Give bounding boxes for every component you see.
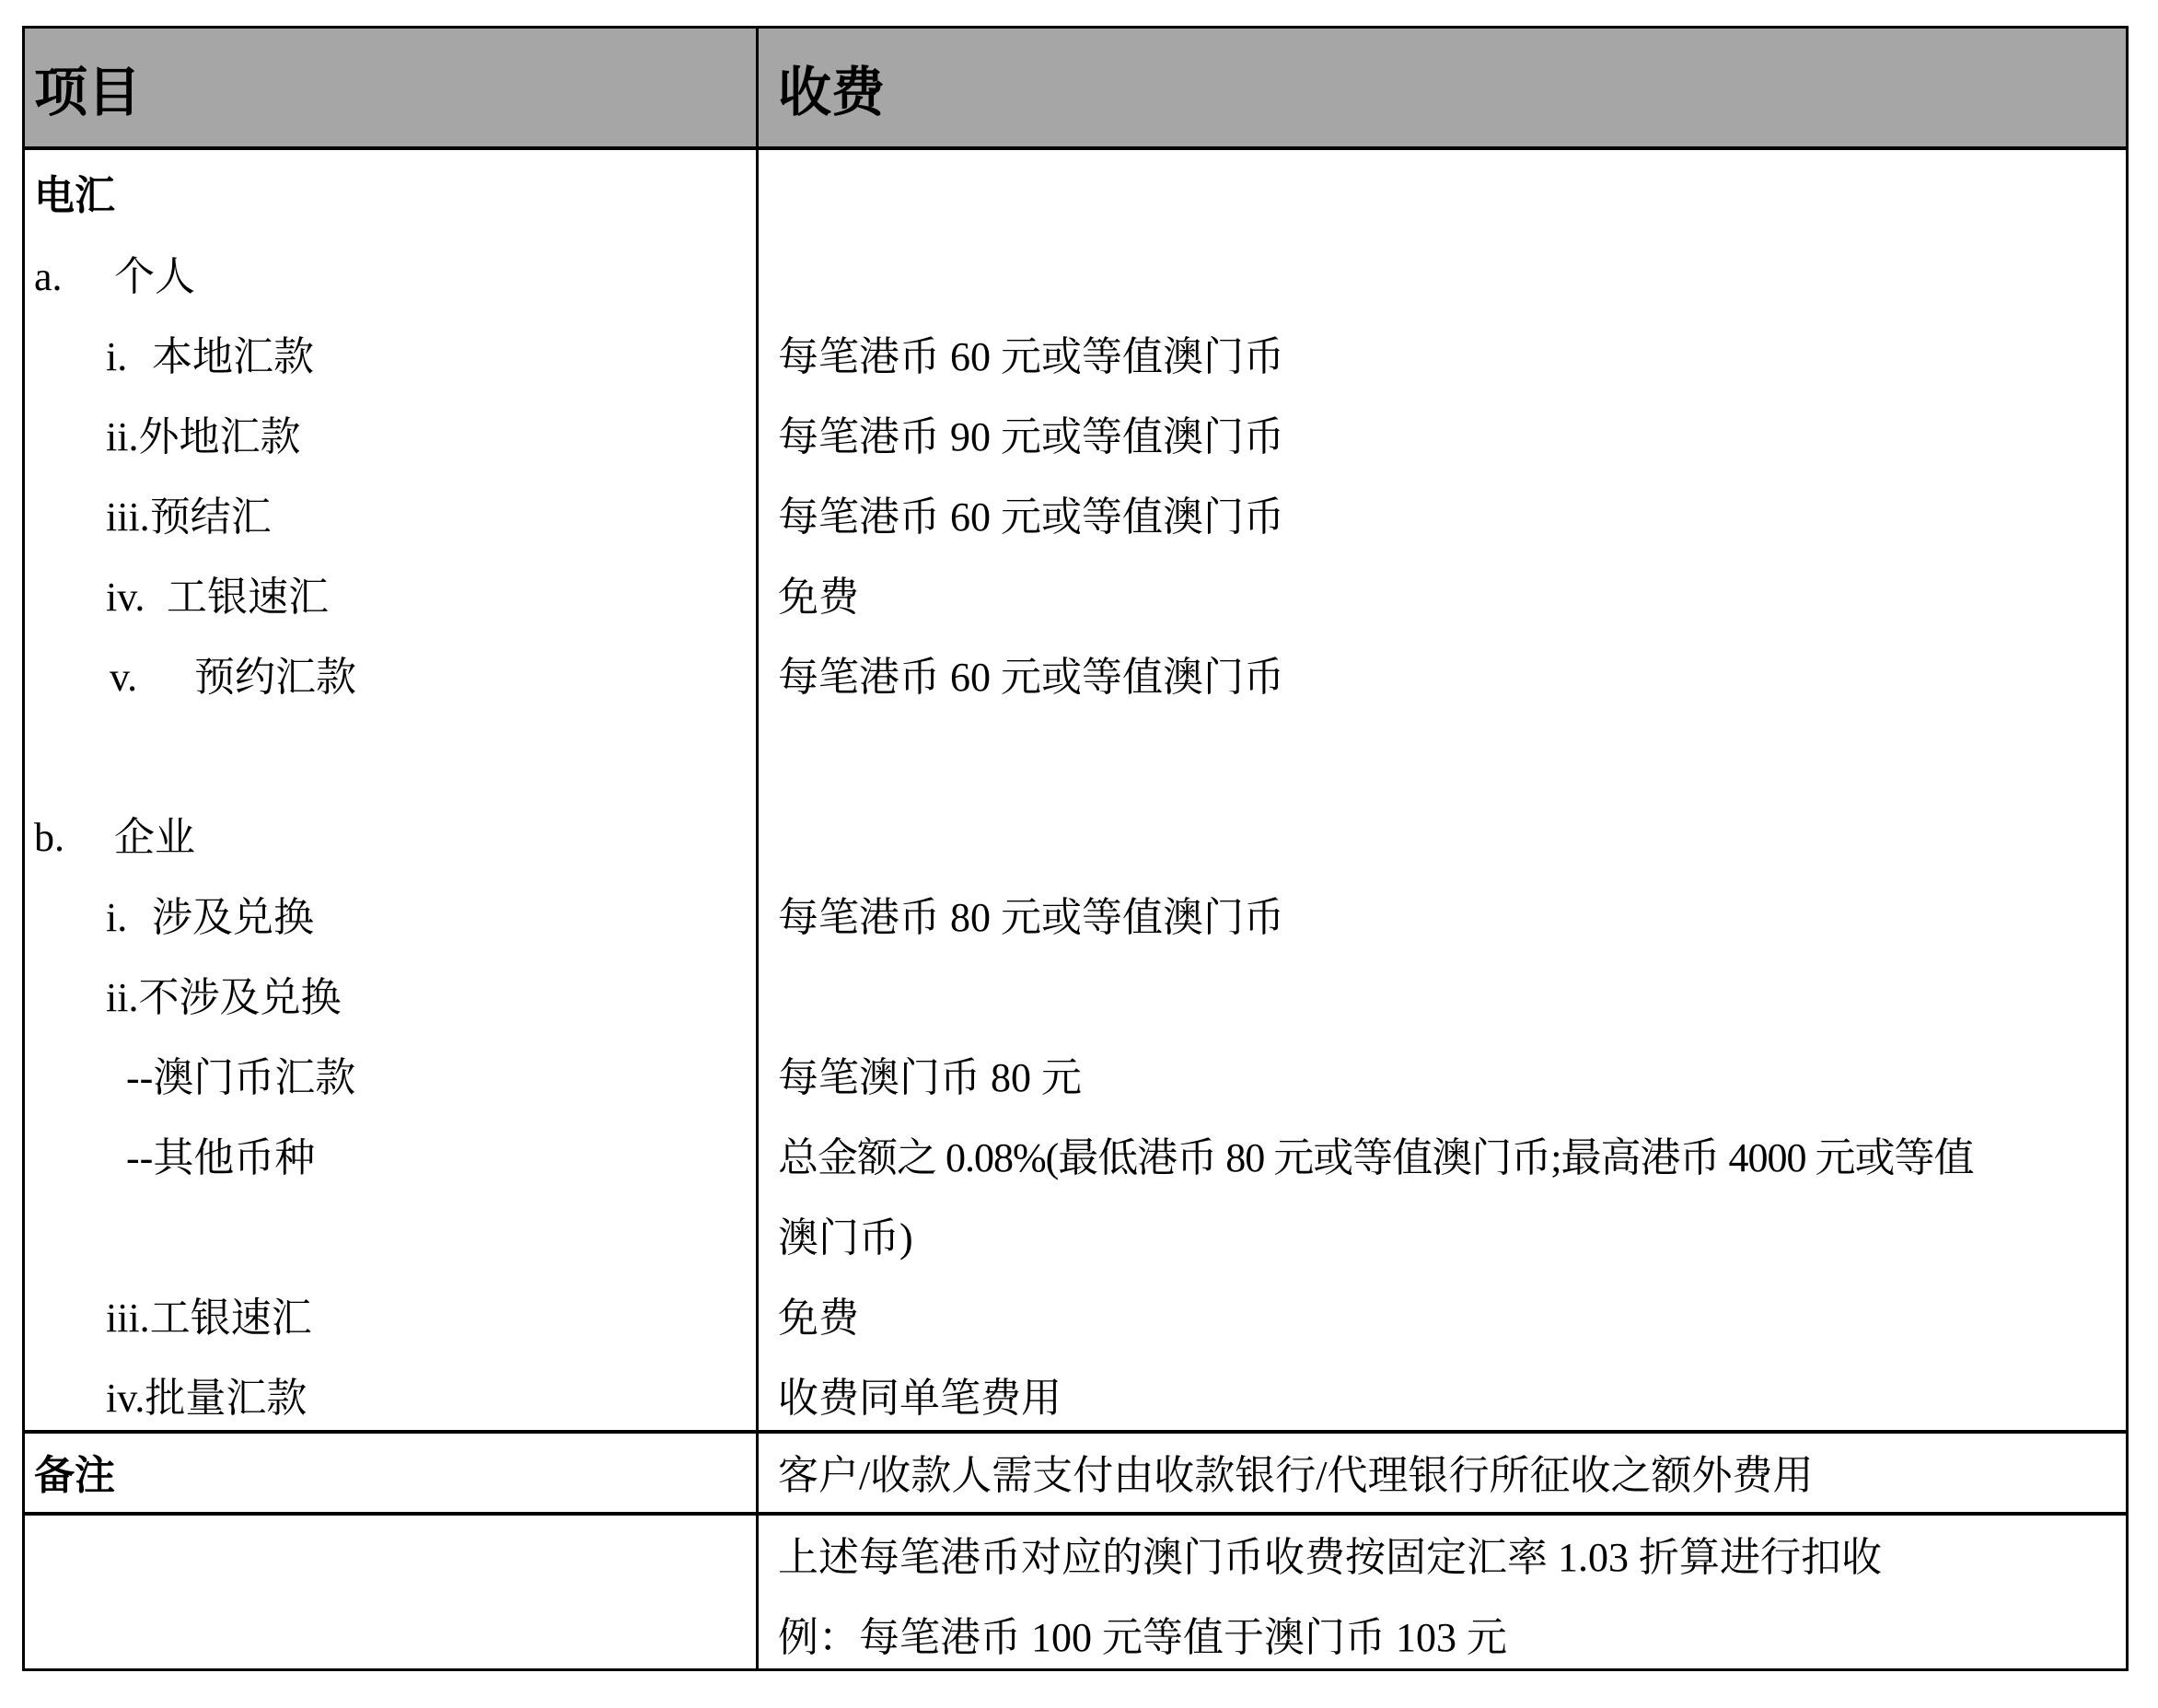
item-label: 澳门币汇款: [153, 1055, 355, 1100]
item-label: 外地汇款: [138, 414, 300, 459]
remarks-label: 备注: [34, 1435, 115, 1516]
remarks-note: 客户/收款人需支付由收款银行/代理银行所征收之额外费用: [778, 1435, 1813, 1516]
exchange-rate-note: 上述每笔港币对应的澳门币收费按固定汇率 1.03 折算进行扣收: [778, 1517, 1882, 1598]
fee-value: 每笔港币 60 元或等值澳门币: [778, 637, 1284, 717]
list-item: iv.工银速汇: [106, 557, 329, 637]
list-item: ii.不涉及兑换: [106, 958, 341, 1038]
fee-value: 每笔港币 60 元或等值澳门币: [778, 317, 1284, 397]
item-number: v.: [110, 637, 194, 717]
list-item: i.本地汇款: [106, 317, 314, 397]
personal-group: a. 个人: [34, 237, 195, 317]
group-marker: b.: [34, 797, 104, 877]
item-label: 工银速汇: [167, 575, 329, 620]
item-number: ii.: [106, 397, 138, 477]
item-number: i.: [106, 877, 152, 958]
fee-value: 每笔澳门币 80 元: [778, 1038, 1082, 1118]
list-item: iv.批量汇款: [106, 1358, 307, 1438]
fee-value: 每笔港币 60 元或等值澳门币: [778, 477, 1284, 557]
fee-value: 免费: [778, 557, 859, 637]
fee-value: 每笔港币 90 元或等值澳门币: [778, 397, 1284, 477]
exchange-rate-example: 例：每笔港币 100 元等值于澳门币 103 元: [778, 1598, 1507, 1678]
list-item: iii.预结汇: [106, 477, 272, 557]
item-number: ii.: [106, 958, 138, 1038]
fee-table: 项目 收费 电汇 a. 个人 i.本地汇款 ii.外地汇款 iii.预结汇 iv…: [22, 26, 2129, 1671]
item-label: 批量汇款: [145, 1376, 307, 1421]
list-item: --其他币种: [126, 1118, 315, 1198]
section-title-telegraphic-transfer: 电汇: [34, 156, 115, 236]
row-divider-remarks: [25, 1430, 2126, 1434]
item-label: 不涉及兑换: [138, 975, 341, 1020]
header-item: 项目: [34, 29, 141, 146]
item-number: iii.: [106, 477, 150, 557]
list-item: ii.外地汇款: [106, 397, 300, 477]
item-dash: --: [126, 1118, 153, 1198]
group-label: 企业: [114, 815, 195, 860]
item-label: 工银速汇: [150, 1296, 312, 1341]
item-label: 预结汇: [150, 494, 272, 540]
list-item: --澳门币汇款: [126, 1038, 355, 1118]
enterprise-group: b. 企业: [34, 797, 195, 877]
list-item: iii.工银速汇: [106, 1278, 312, 1358]
item-label: 本地汇款: [152, 334, 314, 379]
item-number: iv.: [106, 557, 167, 637]
fee-value: 免费: [778, 1278, 859, 1358]
fee-value-continued: 澳门币): [778, 1198, 913, 1278]
item-label: 涉及兑换: [152, 895, 314, 940]
item-label: 预约汇款: [194, 655, 356, 700]
fee-value: 收费同单笔费用: [778, 1358, 1062, 1438]
group-label: 个人: [114, 254, 195, 299]
column-divider: [756, 29, 759, 1668]
fee-value: 每笔港币 80 元或等值澳门币: [778, 877, 1284, 958]
list-item: v.预约汇款: [110, 637, 356, 717]
item-number: i.: [106, 317, 152, 397]
item-number: iv.: [106, 1358, 145, 1438]
header-fee: 收费: [778, 29, 885, 146]
item-dash: --: [126, 1038, 153, 1118]
fee-value: 总金额之 0.08%(最低港币 80 元或等值澳门币;最高港币 4000 元或等…: [778, 1118, 1974, 1198]
table-header: 项目 收费: [25, 29, 2126, 150]
group-marker: a.: [34, 237, 104, 317]
item-number: iii.: [106, 1278, 150, 1358]
item-label: 其他币种: [153, 1135, 315, 1180]
list-item: i.涉及兑换: [106, 877, 314, 958]
